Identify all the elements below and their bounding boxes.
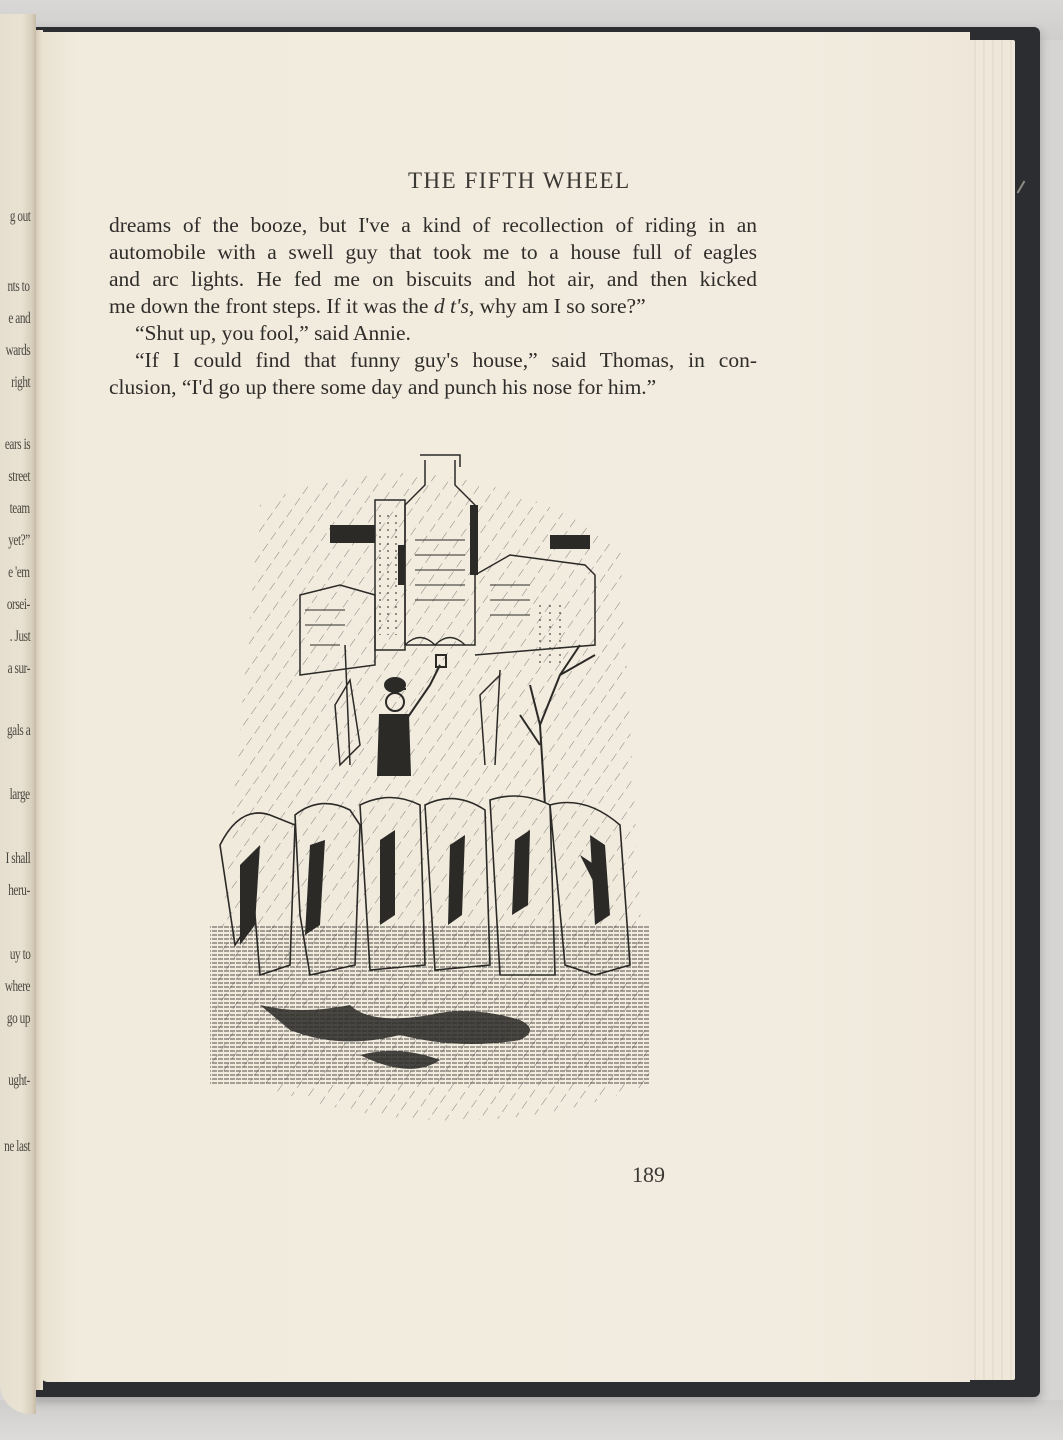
facing-page-text-fragment: g out	[9, 208, 30, 226]
text-line: dreams of the booze, but I've a kind of …	[109, 212, 757, 239]
facing-left-page: g outnts toe andwardsrightears isstreett…	[0, 14, 36, 1414]
facing-page-text-fragment: ears is	[5, 436, 30, 454]
facing-page-text-fragment: wards	[5, 342, 30, 360]
facing-page-text-fragment: e and	[8, 310, 30, 328]
facing-page-text-fragment: nts to	[8, 278, 30, 296]
facing-page-text-fragment: orsei-	[7, 596, 30, 614]
paragraph-2: “Shut up, you fool,” said Annie.	[109, 320, 757, 347]
text-fragment: me down the front steps. If it was the	[109, 294, 434, 318]
paragraph-3: “If I could find that funny guy's house,…	[109, 347, 757, 401]
facing-page-text-fragment: where	[5, 978, 30, 996]
text-fragment: why am I so sore?”	[474, 294, 645, 318]
background-bottom	[0, 1400, 1063, 1440]
facing-page-text-fragment: gals a	[7, 722, 30, 740]
illustration-crowd-in-rain	[200, 445, 660, 1155]
page-number: 189	[632, 1162, 665, 1188]
italic-text: d t's,	[434, 294, 474, 318]
text-line: “Shut up, you fool,” said Annie.	[109, 320, 757, 347]
text-line: automobile with a swell guy that took me…	[109, 239, 757, 266]
facing-page-text-fragment: yet?”	[8, 532, 30, 550]
facing-page-text-fragment: street	[8, 468, 30, 486]
facing-page-text-fragment: uy to	[9, 946, 30, 964]
facing-page-text-fragment: I shall	[5, 850, 30, 868]
running-head: THE FIFTH WHEEL	[408, 168, 688, 194]
text-line: and arc lights. He fed me on biscuits an…	[109, 266, 757, 293]
paragraph-1: dreams of the booze, but I've a kind of …	[109, 212, 757, 320]
body-text: dreams of the booze, but I've a kind of …	[109, 212, 757, 401]
facing-page-text-fragment: e 'em	[9, 564, 30, 582]
facing-page-text-fragment: ught-	[8, 1072, 30, 1090]
facing-page-text-fragment: large	[10, 786, 30, 804]
facing-page-text-fragment: ne last	[4, 1138, 30, 1156]
facing-page-text-fragment: go up	[7, 1010, 30, 1028]
text-line: clusion, “I'd go up there some day and p…	[109, 374, 757, 401]
facing-page-text-fragment: heru-	[8, 882, 30, 900]
text-line: “If I could find that funny guy's house,…	[109, 347, 757, 374]
facing-page-text-fragment: team	[10, 500, 30, 518]
text-line: me down the front steps. If it was the d…	[109, 293, 757, 320]
facing-page-text-fragment: . Just	[9, 628, 30, 646]
facing-page-text-fragment: a sur-	[8, 660, 30, 678]
facing-page-text-fragment: right	[11, 374, 30, 392]
